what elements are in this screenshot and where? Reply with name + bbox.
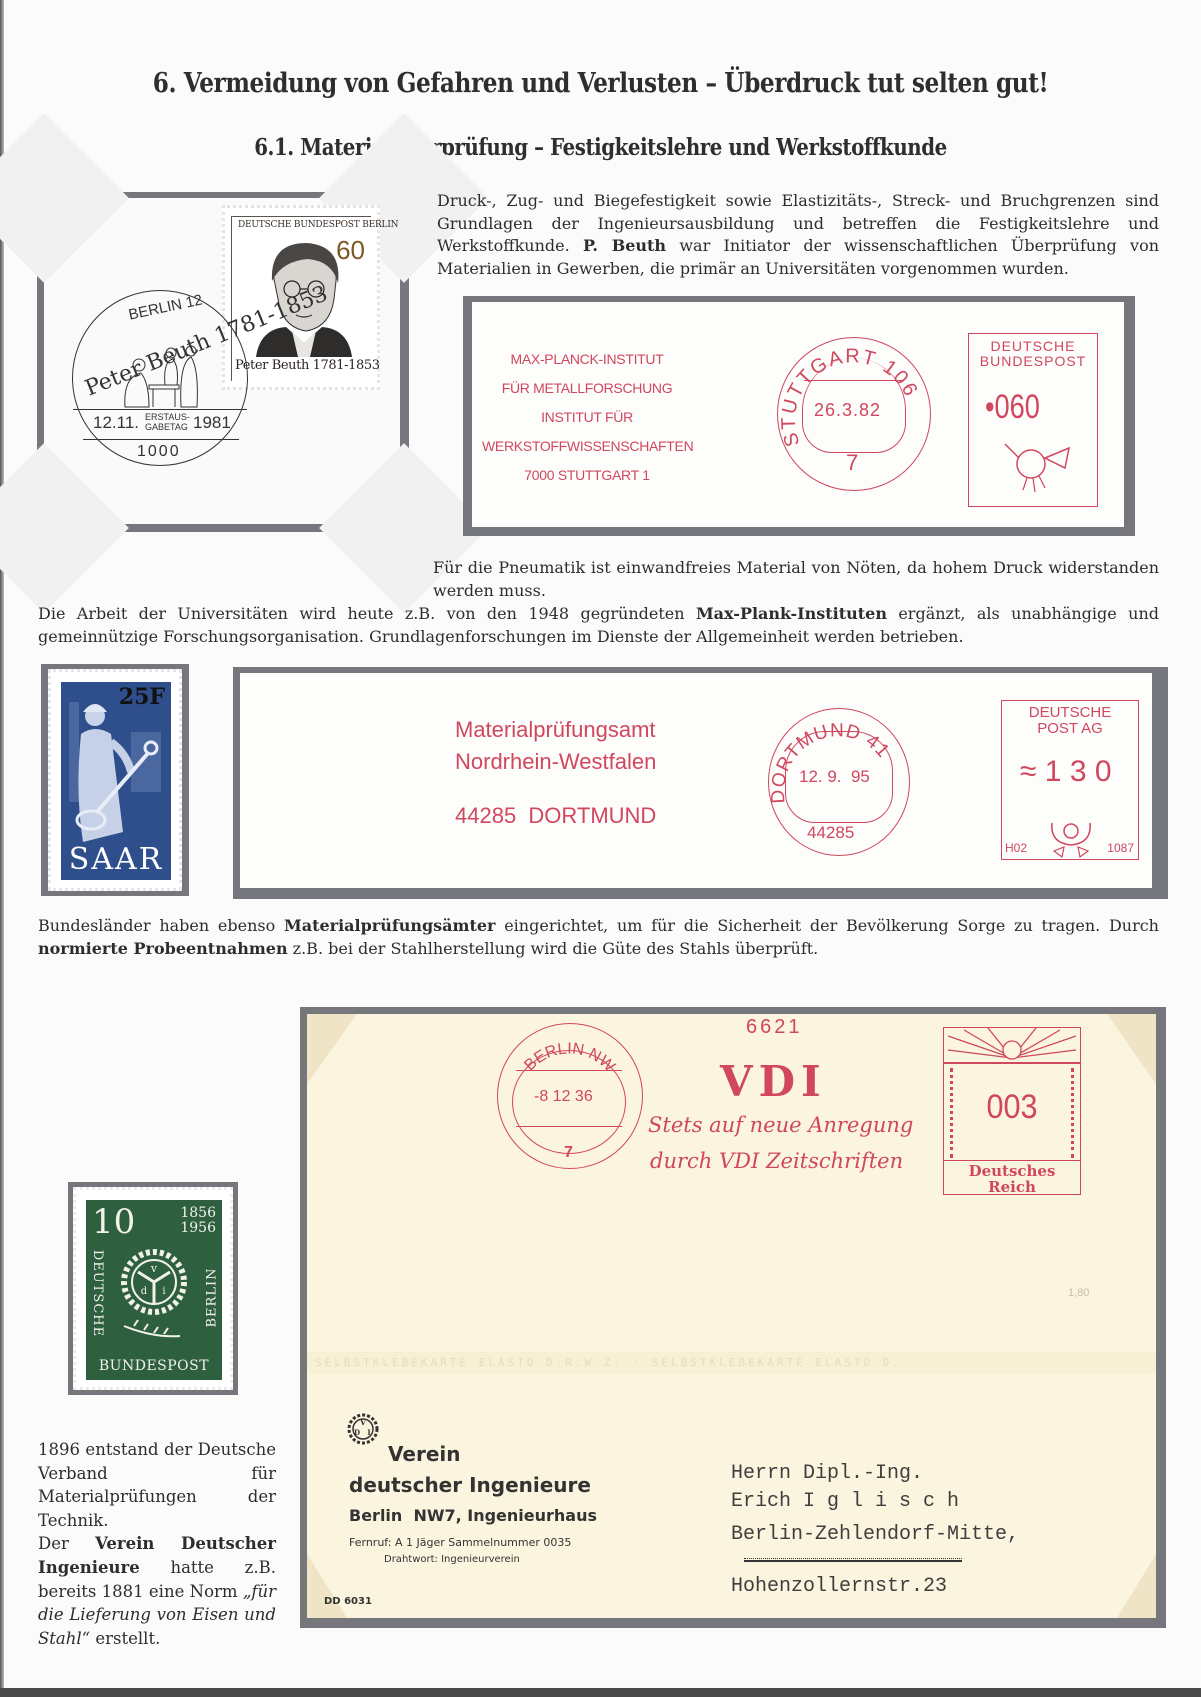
vdi-stamp-design: 10 1856 1956 DEUTSCHE BERLIN v d i BUNDE… [86, 1200, 222, 1380]
history-text: Der [38, 1534, 95, 1553]
vdi-history-p2: Der Verein Deutscher Ingenieure hatte z.… [38, 1532, 276, 1650]
postmark-line [516, 1070, 622, 1071]
cancel-label-2: GABETAG [145, 422, 188, 432]
meter-value: •060 [985, 388, 1040, 427]
meter-number: 6621 [746, 1016, 803, 1039]
meter-value: ≈ 1 3 0 [1020, 755, 1112, 789]
postmark-date: 12. 9. 95 [799, 767, 870, 787]
svg-text:v: v [150, 1262, 158, 1275]
cancel-divider [83, 439, 239, 440]
meter-header-2: BUNDESPOST [969, 353, 1097, 369]
dortmund-sender: Materialprüfungsamt Nordrhein-Westfalen … [455, 714, 656, 832]
sender-line: 7000 STUTTGART 1 [482, 461, 692, 490]
bundeslaender-text-end: z.B. bei der Stahlherstellung wird die G… [288, 939, 819, 958]
stamp-year-2: 1956 [180, 1221, 216, 1236]
meter-code-left: H02 [1005, 841, 1027, 855]
meter-value: 003 [951, 1088, 1073, 1127]
pencil-note: 1,80 [1068, 1287, 1089, 1299]
cancel-zip: 1000 [137, 443, 181, 461]
vdi-centenary-stamp: 10 1856 1956 DEUTSCHE BERLIN v d i BUNDE… [73, 1187, 233, 1390]
sunburst-emblem-icon [944, 1028, 1080, 1064]
sender-line: FÜR METALLFORSCHUNG [482, 374, 692, 403]
sender-address: Berlin NW7, Ingenieurhaus [349, 1506, 597, 1525]
sender-phone: Fernruf: A 1 Jäger Sammelnummer 0035 [349, 1536, 571, 1549]
engineers-scene-icon [119, 343, 203, 409]
sender-address: 44285 DORTMUND [455, 800, 656, 832]
posthorn-icon [1003, 442, 1073, 494]
bundeslaender-bold-1: Materialprüfungsämter [284, 916, 496, 935]
meter-footer-2: Reich [944, 1178, 1080, 1196]
recipient-line-1: Herrn Dipl.-Ing. [731, 1462, 923, 1485]
saar-stamp: 25F SAAR [48, 669, 182, 891]
vdi-history-p1: 1896 entstand der Deutsche Verband für M… [38, 1438, 276, 1532]
meter-header-2: POST AG [1002, 720, 1138, 737]
stamp-country: DEUTSCHE BUNDESPOST BERLIN [238, 220, 398, 230]
section-subtitle: 6.1. Materialüberprüfung – Festigkeitsle… [84, 134, 1117, 161]
page-title: 6. Vermeidung von Gefahren und Verlusten… [84, 68, 1117, 99]
svg-text:I: I [367, 1428, 370, 1437]
postag-meter-box: DEUTSCHE POST AG ≈ 1 3 0 H02 1087 [1001, 700, 1139, 860]
vdi-slogan-line-2: durch VDI Zeitschriften [650, 1149, 903, 1173]
universities-text: Die Arbeit der Universitäten wird heute … [38, 604, 696, 623]
sender-line: INSTITUT FÜR [482, 403, 692, 432]
postmark-code: 7 [846, 450, 858, 476]
postmark-zip: 44285 [807, 823, 854, 843]
vdi-slogan-line-1: Stets auf neue Anregung [648, 1113, 913, 1137]
intro-bold-beuth: P. Beuth [583, 236, 666, 255]
page-edge-left [0, 0, 4, 1697]
cancel-label-1: ERSTAUS- [145, 412, 190, 422]
bundespost-meter-box: DEUTSCHE BUNDESPOST •060 [968, 333, 1098, 507]
sender-telegram: Drahtwort: Ingenieurverein [384, 1554, 520, 1565]
bundeslaender-text: Bundesländer haben ebenso [38, 916, 284, 935]
recipient-line-3: Berlin-Zehlendorf-Mitte, [731, 1523, 1019, 1546]
berlin-nw-postmark: BERLIN NW -8 12 36 7 [497, 1023, 643, 1169]
recipient-line-4: Hohenzollernstr.23 [731, 1575, 947, 1598]
meter-divider [944, 1160, 1080, 1161]
first-day-cancel: BERLIN 12 Peter Beuth 1781-1853 12.11. E… [72, 290, 248, 466]
max-planck-sender: MAX-PLANCK-INSTITUT FÜR METALLFORSCHUNG … [482, 345, 692, 490]
cancel-city: BERLIN 12 [127, 291, 204, 323]
postmark-line [804, 380, 904, 381]
posthorn-icon [1046, 819, 1096, 859]
page-edge-bottom [0, 1688, 1201, 1697]
stamp-left-text: DEUTSCHE [90, 1250, 105, 1337]
sender-line: WERKSTOFFWISSENSCHAFTEN [482, 432, 692, 461]
stamp-caption: Peter Beuth 1781-1853 [235, 358, 380, 373]
bundeslaender-paragraph: Bundesländer haben ebenso Materialprüfun… [38, 915, 1159, 960]
sender-line: MAX-PLANCK-INSTITUT [482, 345, 692, 374]
stamp-right-text: BERLIN [205, 1268, 220, 1328]
postmark-date: 26.3.82 [814, 400, 881, 421]
stamp-value: 10 [92, 1202, 135, 1242]
sender-line: Materialprüfungsamt [455, 714, 656, 746]
bundeslaender-bold-2: normierte Probeentnahmen [38, 939, 288, 958]
svg-text:V: V [359, 1417, 367, 1427]
pneumatik-paragraph: Für die Pneumatik ist einwandfreies Mate… [433, 557, 1159, 602]
history-text-end: erstellt. [90, 1629, 160, 1648]
svg-text:D: D [354, 1428, 360, 1437]
sender-line: Nordrhein-Westfalen [455, 746, 656, 778]
perforation-strip: SELBSTKLEBEKARTE ELASTO D.R.W.Z. · SELBS… [307, 1352, 1156, 1374]
svg-text:d: d [141, 1286, 148, 1297]
cancel-date: 12.11. [93, 413, 139, 433]
cancel-year: 1981 [193, 413, 231, 433]
universities-bold: Max-Plank-Instituten [696, 604, 887, 623]
vdi-slogan-title: VDI [720, 1057, 827, 1106]
recipient-line-2: Erich I g l i s c h [731, 1490, 959, 1513]
meter-code-right: 1087 [1107, 841, 1134, 855]
vdi-history-paragraph: 1896 entstand der Deutsche Verband für M… [38, 1438, 276, 1650]
vdi-gear-emblem-icon: v d i [114, 1246, 194, 1342]
meter-header-1: DEUTSCHE [1002, 704, 1138, 721]
universities-paragraph: Die Arbeit der Universitäten wird heute … [38, 603, 1159, 648]
stamp-bottom-text: BUNDESPOST [86, 1358, 222, 1374]
postmark-code: 7 [564, 1144, 573, 1162]
sender-name-2: deutscher Ingenieure [349, 1473, 591, 1497]
postmark-line [516, 1126, 622, 1127]
intro-paragraph: Druck-, Zug- und Biegefestigkeit sowie E… [437, 190, 1159, 280]
meter-header-1: DEUTSCHE [969, 338, 1097, 354]
saar-value: 25F [119, 684, 165, 710]
saar-stamp-design: 25F SAAR [61, 682, 171, 880]
postmark-date: -8 12 36 [534, 1088, 593, 1106]
dortmund-postmark: DORTMUND 41 12. 9. 95 44285 [768, 708, 910, 856]
stamp-year-1: 1856 [180, 1206, 216, 1221]
svg-text:i: i [162, 1286, 165, 1297]
bundeslaender-text-mid: eingerichtet, um für die Sicherheit der … [495, 916, 1159, 935]
form-code: DD 6031 [324, 1596, 372, 1607]
cancel-divider [73, 409, 247, 410]
vdi-logo-icon: V D I [347, 1407, 379, 1457]
address-underline [744, 1558, 962, 1562]
stuttgart-postmark: STUTTGART 106 26.3.82 7 [777, 337, 931, 491]
saar-country: SAAR [61, 842, 171, 877]
deutsches-reich-meter-box: 003 Deutsches Reich [943, 1027, 1081, 1195]
sender-name-1: Verein [388, 1442, 460, 1466]
corner-shade [0, 443, 129, 613]
